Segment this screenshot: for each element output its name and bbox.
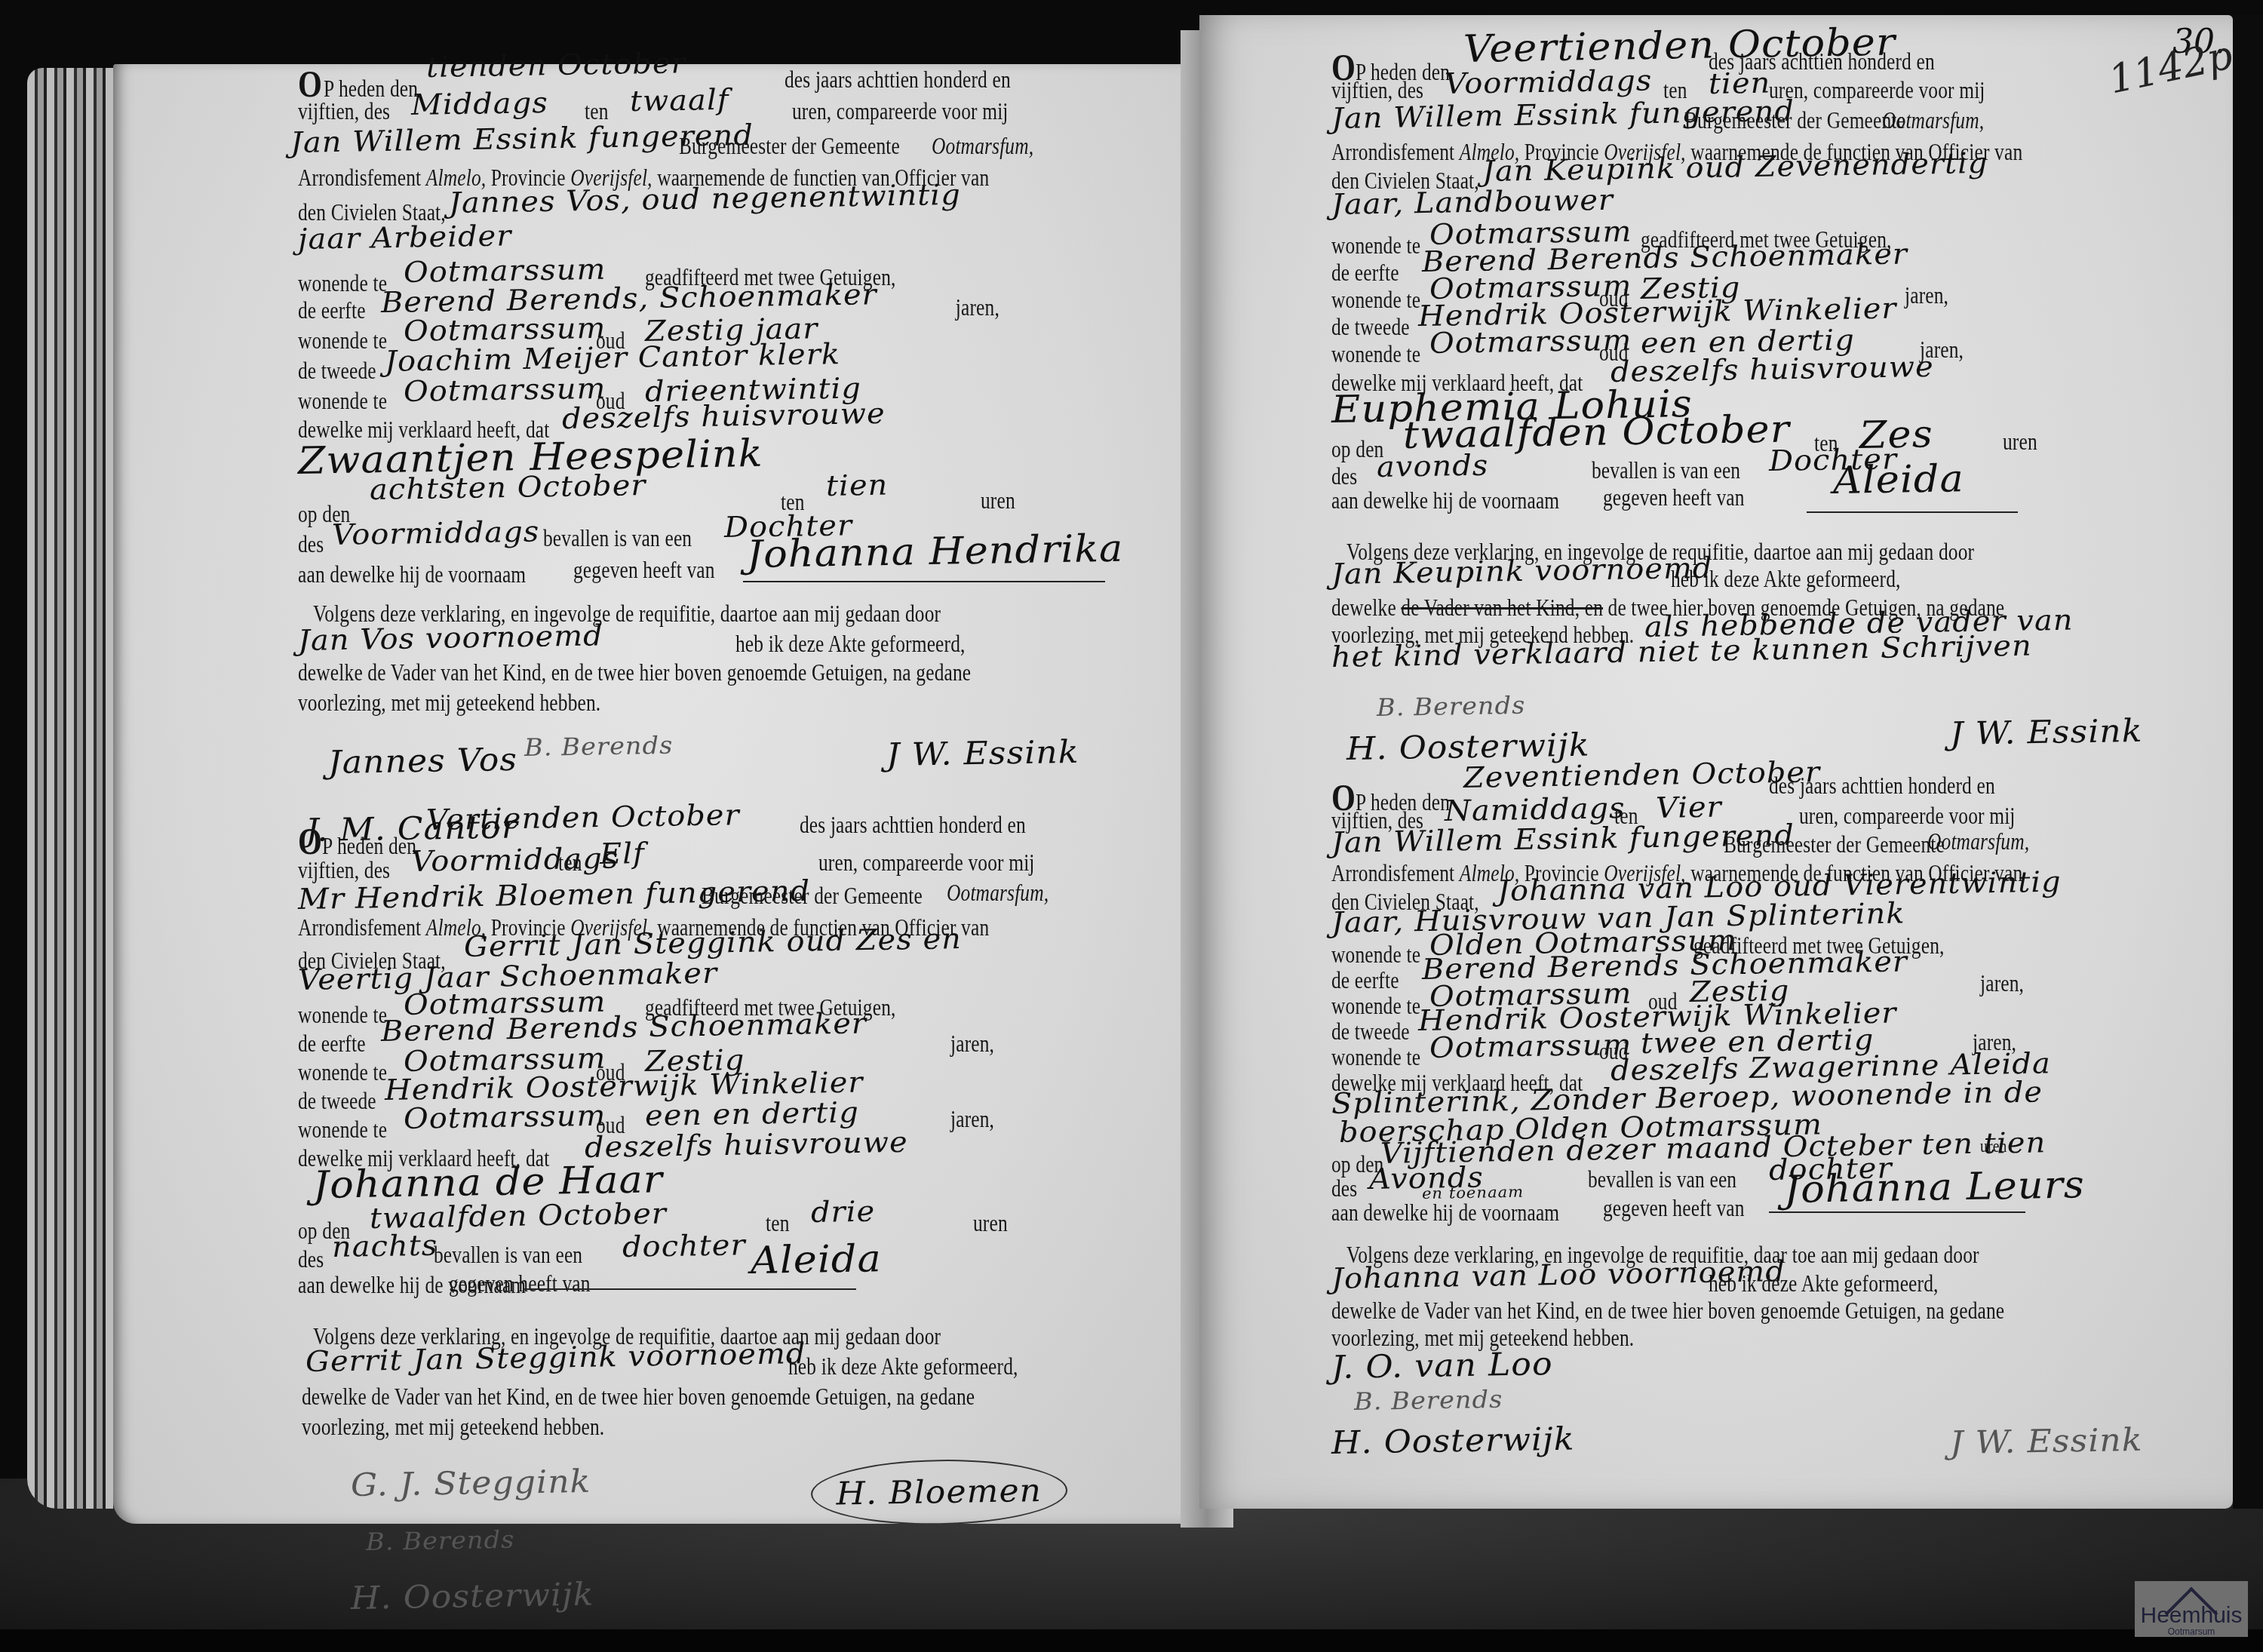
entry-child-name: Aleida — [751, 1239, 883, 1279]
signature: Jannes Vos — [328, 744, 518, 778]
form-voorlezing: voorlezing, met mij geteekend hebben. — [302, 1415, 604, 1439]
form-aan-dewelke: aan dewelke hij de voornaam — [298, 563, 526, 586]
entry-witness2-age: een en dertig — [645, 1098, 859, 1130]
form-uren: uren, compareerde voor mij — [792, 100, 1009, 123]
entry-correction: en toenaam — [1422, 1184, 1524, 1201]
form-wonende: wonende te — [298, 1118, 387, 1141]
entry-hour: Elf — [600, 839, 646, 868]
signature: J W. Essink — [886, 736, 1079, 771]
form-uren-short: uren — [973, 1211, 1008, 1235]
form-dewelke-vader: dewelke de Vader van het Kind, en de twe… — [298, 661, 971, 684]
form-vijftien: vijftien, des — [298, 100, 390, 123]
form-aan-dewelke: aan dewelke hij de voornaam — [1331, 489, 1559, 512]
form-heb-ik: heb ik deze Akte geformeerd, — [735, 632, 966, 656]
signature: J W. Essink — [1950, 715, 2143, 750]
entry-day: Vertienden October — [426, 800, 740, 834]
form-gemeente: Ootmarsfum, — [932, 134, 1033, 158]
form-des: des — [298, 533, 324, 556]
form-des-jaars: des jaars achttien honderd en — [785, 68, 1011, 91]
entry-requisitie-by: Jan Vos voornoemd — [298, 621, 603, 655]
form-wonende: wonende te — [298, 1003, 387, 1027]
form-heb-ik: heb ik deze Akte geformeerd, — [1709, 1272, 1939, 1295]
entry-hour: Vier — [1656, 793, 1722, 822]
form-des: des — [1331, 1177, 1357, 1200]
form-wonende: wonende te — [298, 272, 387, 295]
signature: H. Oosterwijk — [351, 1579, 594, 1614]
form-uren-short: uren — [981, 489, 1015, 512]
form-wonende: wonende te — [1331, 943, 1420, 966]
entry-witness2-res: Ootmarssum — [404, 374, 606, 406]
entry-birth-day: twaalfden October — [370, 1199, 668, 1233]
form-gegeven: gegeven heeft van — [1603, 486, 1745, 509]
form-jaren: jaren, — [1980, 972, 2024, 995]
entry-day: Zeventienden October — [1463, 757, 1821, 792]
form-wonende: wonende te — [298, 1061, 387, 1084]
form-uren: uren, compareerde voor mij — [1769, 78, 1985, 102]
form-bevallen: bevallen is van een — [1588, 1168, 1736, 1191]
underline — [1769, 1211, 2025, 1213]
form-vijftien: vijftien, des — [298, 858, 390, 882]
entry-declarant: Gerrit Jan Steggink oud Zes en — [464, 924, 963, 961]
form-bevallen: bevallen is van een — [1592, 459, 1740, 482]
form-wonende: wonende te — [1331, 994, 1420, 1018]
form-wonende: wonende te — [298, 389, 387, 413]
form-gemeente: Ootmarsfum, — [947, 881, 1049, 904]
entry-declarant-cont: Jaar, Landbouwer — [1331, 186, 1614, 219]
entry-wife-intro: deszelfs huisvrouwe — [562, 399, 886, 433]
signature: B. Berends — [1354, 1387, 1503, 1414]
form-uren-short: uren — [2003, 430, 2037, 453]
form-de-tweede: de tweede — [298, 359, 376, 382]
entry-time-of-day: Namiddags — [1445, 794, 1626, 825]
entry-birth-time: avonds — [1377, 451, 1489, 481]
form-ten: ten — [766, 1211, 790, 1235]
entry-declarant-cont: jaar Arbeider — [298, 221, 512, 253]
form-de-tweede: de tweede — [298, 1089, 376, 1113]
entry-wife-intro: deszelfs huisvrouwe — [585, 1128, 908, 1162]
form-de-eerste: de eerfte — [298, 299, 366, 322]
form-heb-ik: heb ik deze Akte geformeerd, — [1671, 567, 1901, 591]
form-burgemeester: Burgemeester der Gemeente — [702, 884, 923, 907]
form-gemeente: Ootmarsfum, — [1927, 830, 2029, 853]
right-edge-shadow — [2233, 15, 2263, 1509]
signature: B. Berends — [1377, 693, 1526, 720]
signature: B. Berends — [366, 1528, 515, 1554]
form-gemeente: Ootmarsfum, — [1882, 109, 1984, 132]
form-gegeven: gegeven heeft van — [449, 1272, 591, 1295]
form-jaren: jaren, — [956, 296, 999, 319]
entry-witness2: Joachim Meijer Cantor klerk — [385, 339, 841, 376]
form-op-heden: OOp heden denP heden den — [298, 65, 418, 103]
form-de-eerste: de eerfte — [1331, 261, 1399, 284]
page-stack-edges — [27, 68, 118, 1509]
form-voorlezing: voorlezing, met mij geteekend hebben. — [298, 691, 600, 714]
form-dewelke-vader: dewelke de Vader van het Kind, en de twe… — [1331, 1299, 2004, 1322]
entry-birth-day: achtsten October — [370, 471, 646, 504]
form-heb-ik: heb ik deze Akte geformeerd, — [788, 1355, 1018, 1378]
entry-child-sex: dochter — [622, 1230, 746, 1261]
heemhuis-watermark: Heemhuis Ootmarsum — [2135, 1581, 2248, 1637]
underline — [1807, 511, 2018, 513]
entry-time-of-day: Voormiddags — [1445, 66, 1653, 98]
form-burgemeester: Burgemeester der Gemeente — [1724, 833, 1945, 856]
form-uren: uren, compareerde voor mij — [1799, 804, 2016, 828]
entry-requisitie-by: Gerrit Jan Steggink voornoemd — [306, 1339, 806, 1376]
form-jaren: jaren, — [950, 1032, 994, 1055]
entry-witness1-res: Ootmarssum — [404, 314, 606, 345]
form-gegeven: gegeven heeft van — [1603, 1196, 1745, 1220]
form-dewelke-vader: dewelke de Vader van het Kind, en de twe… — [302, 1385, 975, 1408]
form-ten: ten — [558, 851, 582, 874]
form-op-heden: OP heden den — [298, 822, 416, 860]
entry-witness1: Berend Berends Schoenmaker — [381, 1009, 867, 1046]
entry-time-of-day: Voormiddags — [411, 843, 619, 876]
form-wonende: wonende te — [1331, 1046, 1420, 1069]
entry-time-of-day: Middags — [411, 88, 549, 119]
entry-witness2-res: Ootmarssum — [404, 1101, 606, 1133]
signature: G. J. Steggink — [351, 1466, 591, 1501]
form-jaren: jaren, — [950, 1107, 994, 1131]
entry-birth-time: nachts — [332, 1231, 438, 1261]
form-des-jaars: des jaars achttien honderd en — [1769, 774, 1995, 797]
form-de-eerste: de eerfte — [1331, 969, 1399, 992]
underline — [743, 581, 1105, 582]
entry-birth-hour: tien — [826, 471, 889, 500]
form-wonende: wonende te — [1331, 288, 1420, 312]
entry-child-name: Johanna Leurs — [1784, 1165, 2086, 1208]
form-ten: ten — [585, 100, 609, 123]
entry-residence: Ootmarssum — [404, 255, 606, 287]
underline — [524, 1288, 856, 1290]
form-des: des — [298, 1248, 324, 1271]
entry-child-name: Johanna Hendrika — [747, 530, 1124, 573]
form-bevallen: bevallen is van een — [434, 1243, 582, 1267]
entry-birth-time: Voormiddags — [332, 517, 540, 549]
form-de-tweede: de tweede — [1331, 1020, 1410, 1043]
bottom-border — [0, 1629, 2263, 1652]
form-wonende: wonende te — [298, 329, 387, 352]
entry-hour: twaalf — [630, 85, 729, 115]
entry-declarant: Jannes Vos, oud negenentwintig — [449, 180, 961, 217]
entry-declarant: Jan Keupink oud Zevenendertig — [1482, 149, 1988, 186]
form-vijftien: vijftien, des — [1331, 78, 1423, 102]
form-burgemeester: Burgemeester der Gemeente — [1684, 109, 1905, 132]
signature: J W. Essink — [1950, 1424, 2143, 1459]
form-de-eerste: de eerfte — [298, 1032, 366, 1055]
form-uren-short: uren — [1980, 1138, 2007, 1156]
entry-day: tienden October — [426, 48, 686, 81]
form-gegeven: gegeven heeft van — [573, 558, 715, 582]
signature: H. Oosterwijk — [1331, 1423, 1575, 1459]
form-des-jaars: des jaars achttien honderd en — [800, 813, 1026, 837]
signature: J. O. van Loo — [1331, 1348, 1553, 1383]
signature: B. Berends — [524, 733, 674, 760]
entry-requisitie-by: Jan Keupink voornoemd — [1331, 554, 1713, 588]
entry-birth-hour: drie — [811, 1197, 876, 1227]
form-bevallen: bevallen is van een — [543, 527, 692, 550]
entry-birth-day: twaalfden October — [1403, 410, 1791, 454]
watermark-brand: Heemhuis — [2140, 1604, 2242, 1627]
form-wonende: wonende te — [1331, 342, 1420, 366]
form-des: des — [1331, 465, 1357, 488]
form-de-tweede: de tweede — [1331, 315, 1410, 339]
form-wonende: wonende te — [1331, 234, 1420, 257]
form-uren: uren, compareerde voor mij — [818, 851, 1035, 874]
entry-hour: tien — [1709, 69, 1771, 98]
form-jaren: jaren, — [1905, 284, 1948, 307]
form-burgemeester: Burgemeester der Gemeente — [679, 134, 900, 158]
entry-child-name: Aleida — [1833, 459, 1965, 499]
form-aan-dewelke: aan dewelke hij de voornaam — [1331, 1201, 1559, 1224]
entry-wife-intro: deszelfs huisvrouwe — [1611, 352, 1934, 386]
